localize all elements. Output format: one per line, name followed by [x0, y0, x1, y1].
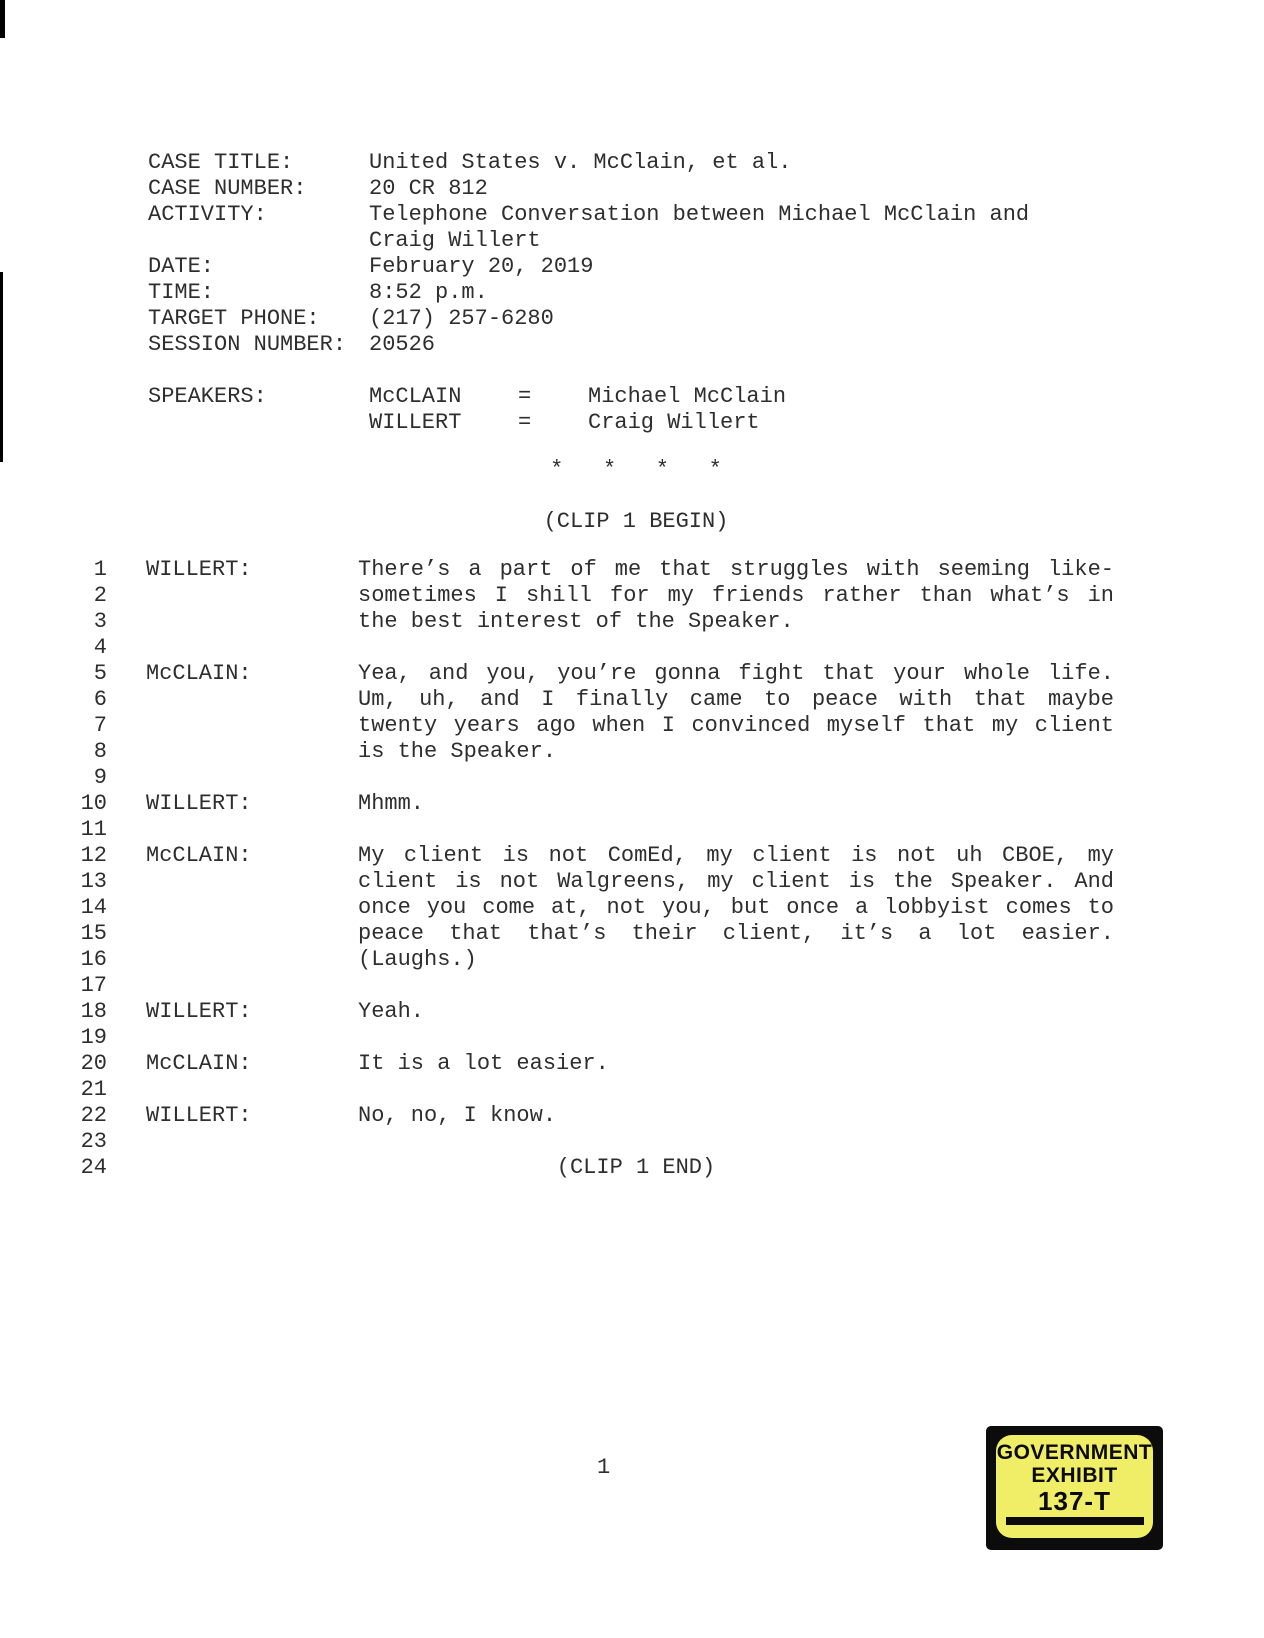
line-number: 17 — [60, 973, 107, 999]
line-number: 12 — [60, 843, 107, 869]
speaker-row: SPEAKERS:McCLAIN=Michael McClain — [148, 384, 1128, 410]
transcript-line: 16(Laughs.) — [0, 947, 1264, 973]
transcript-line: 12McCLAIN:My client is not ComEd, my cli… — [0, 843, 1264, 869]
transcript-line: 5McCLAIN:Yea, and you, you’re gonna figh… — [0, 661, 1264, 687]
transcript-line: 18WILLERT:Yeah. — [0, 999, 1264, 1025]
line-number: 8 — [60, 739, 107, 765]
transcript-line: 13client is not Walgreens, my client is … — [0, 869, 1264, 895]
line-number: 15 — [60, 921, 107, 947]
transcript-line: 11 — [0, 817, 1264, 843]
exhibit-stamp-inner: GOVERNMENT EXHIBIT 137-T — [996, 1435, 1153, 1538]
equals-sign: = — [518, 384, 531, 410]
transcript-line: 6Um, uh, and I finally came to peace wit… — [0, 687, 1264, 713]
utterance-text: There’s a part of me that struggles with… — [358, 557, 1114, 583]
scan-artifact-top-left — [0, 0, 5, 38]
transcript-line: 24(CLIP 1 END) — [0, 1155, 1264, 1181]
line-number: 22 — [60, 1103, 107, 1129]
page-number: 1 — [597, 1455, 610, 1481]
line-number: 1 — [60, 557, 107, 583]
utterance-text: It is a lot easier. — [358, 1051, 1114, 1077]
header-value: 20526 — [369, 332, 435, 358]
speaker-label: McCLAIN: — [146, 1051, 252, 1077]
header-label: SESSION NUMBER: — [148, 332, 346, 358]
clip-end-label: (CLIP 1 END) — [142, 1155, 1130, 1181]
line-number: 24 — [60, 1155, 107, 1181]
transcript-line: 2sometimes I shill for my friends rather… — [0, 583, 1264, 609]
line-number: 11 — [60, 817, 107, 843]
header-value: (217) 257-6280 — [369, 306, 554, 332]
line-number: 5 — [60, 661, 107, 687]
speaker-code: McCLAIN — [369, 384, 461, 410]
speakers-label: SPEAKERS: — [148, 384, 267, 410]
speaker-row: WILLERT=Craig Willert — [148, 410, 1128, 436]
header-value: United States v. McClain, et al. — [369, 150, 791, 176]
header-value: Telephone Conversation between Michael M… — [369, 202, 1029, 228]
header-value: 20 CR 812 — [369, 176, 488, 202]
utterance-text: is the Speaker. — [358, 739, 1114, 765]
header-row: Craig Willert — [148, 228, 1128, 254]
header-label: TARGET PHONE: — [148, 306, 320, 332]
header-label: TIME: — [148, 280, 214, 306]
transcript-line: 10WILLERT:Mhmm. — [0, 791, 1264, 817]
asterisk-separator: * * * * — [142, 457, 1130, 483]
line-number: 18 — [60, 999, 107, 1025]
header-label: CASE NUMBER: — [148, 176, 306, 202]
equals-sign: = — [518, 410, 531, 436]
speaker-label: WILLERT: — [146, 1103, 252, 1129]
speakers-block: SPEAKERS:McCLAIN=Michael McClainWILLERT=… — [148, 384, 1128, 436]
header-value: Craig Willert — [369, 228, 541, 254]
header-row: DATE:February 20, 2019 — [148, 254, 1128, 280]
transcript-line: 23 — [0, 1129, 1264, 1155]
header-value: February 20, 2019 — [369, 254, 593, 280]
utterance-text: No, no, I know. — [358, 1103, 1114, 1129]
transcript-line: 14once you come at, not you, but once a … — [0, 895, 1264, 921]
header-value: 8:52 p.m. — [369, 280, 488, 306]
utterance-text: client is not Walgreens, my client is th… — [358, 869, 1114, 895]
case-header: CASE TITLE:United States v. McClain, et … — [148, 150, 1128, 358]
line-number: 6 — [60, 687, 107, 713]
transcript-line: 9 — [0, 765, 1264, 791]
transcript-line: 17 — [0, 973, 1264, 999]
line-number: 3 — [60, 609, 107, 635]
transcript-line: 8is the Speaker. — [0, 739, 1264, 765]
transcript-line: 15peace that that’s their client, it’s a… — [0, 921, 1264, 947]
utterance-text: sometimes I shill for my friends rather … — [358, 583, 1114, 609]
line-number: 4 — [60, 635, 107, 661]
exhibit-stamp: GOVERNMENT EXHIBIT 137-T — [986, 1426, 1163, 1550]
speaker-name: Michael McClain — [588, 384, 786, 410]
transcript-page: CASE TITLE:United States v. McClain, et … — [0, 0, 1264, 1638]
line-number: 19 — [60, 1025, 107, 1051]
utterance-text: (Laughs.) — [358, 947, 1114, 973]
scan-artifact-left-edge — [0, 272, 3, 462]
transcript-line: 7twenty years ago when I convinced mysel… — [0, 713, 1264, 739]
header-label: ACTIVITY: — [148, 202, 267, 228]
transcript-line: 19 — [0, 1025, 1264, 1051]
transcript-line: 22WILLERT:No, no, I know. — [0, 1103, 1264, 1129]
header-row: CASE NUMBER:20 CR 812 — [148, 176, 1128, 202]
utterance-text: My client is not ComEd, my client is not… — [358, 843, 1114, 869]
header-label: DATE: — [148, 254, 214, 280]
line-number: 20 — [60, 1051, 107, 1077]
line-number: 9 — [60, 765, 107, 791]
transcript-line: 4 — [0, 635, 1264, 661]
transcript-line: 20McCLAIN:It is a lot easier. — [0, 1051, 1264, 1077]
transcript-line: 1WILLERT:There’s a part of me that strug… — [0, 557, 1264, 583]
utterance-text: Yeah. — [358, 999, 1114, 1025]
line-number: 13 — [60, 869, 107, 895]
header-row: TIME:8:52 p.m. — [148, 280, 1128, 306]
line-number: 16 — [60, 947, 107, 973]
header-row: ACTIVITY:Telephone Conversation between … — [148, 202, 1128, 228]
transcript-body: 1WILLERT:There’s a part of me that strug… — [0, 557, 1264, 1181]
line-number: 2 — [60, 583, 107, 609]
exhibit-stamp-title-line2: EXHIBIT — [1031, 1464, 1117, 1488]
utterance-text: twenty years ago when I convinced myself… — [358, 713, 1114, 739]
utterance-text: once you come at, not you, but once a lo… — [358, 895, 1114, 921]
exhibit-stamp-title-line1: GOVERNMENT — [997, 1441, 1153, 1464]
utterance-text: peace that that’s their client, it’s a l… — [358, 921, 1114, 947]
utterance-text: the best interest of the Speaker. — [358, 609, 1114, 635]
line-number: 23 — [60, 1129, 107, 1155]
speaker-label: McCLAIN: — [146, 843, 252, 869]
transcript-line: 21 — [0, 1077, 1264, 1103]
speaker-label: WILLERT: — [146, 791, 252, 817]
utterance-text: Mhmm. — [358, 791, 1114, 817]
transcript-line: 3the best interest of the Speaker. — [0, 609, 1264, 635]
speaker-label: WILLERT: — [146, 557, 252, 583]
header-row: CASE TITLE:United States v. McClain, et … — [148, 150, 1128, 176]
speaker-code: WILLERT — [369, 410, 461, 436]
line-number: 7 — [60, 713, 107, 739]
utterance-text: Yea, and you, you’re gonna fight that yo… — [358, 661, 1114, 687]
header-row: TARGET PHONE:(217) 257-6280 — [148, 306, 1128, 332]
utterance-text: Um, uh, and I finally came to peace with… — [358, 687, 1114, 713]
speaker-label: WILLERT: — [146, 999, 252, 1025]
line-number: 21 — [60, 1077, 107, 1103]
line-number: 14 — [60, 895, 107, 921]
speaker-label: McCLAIN: — [146, 661, 252, 687]
header-row: SESSION NUMBER:20526 — [148, 332, 1128, 358]
line-number: 10 — [60, 791, 107, 817]
exhibit-stamp-underline — [1006, 1517, 1144, 1525]
speaker-name: Craig Willert — [588, 410, 760, 436]
clip-begin-label: (CLIP 1 BEGIN) — [142, 509, 1130, 535]
exhibit-number: 137-T — [1038, 1488, 1111, 1515]
header-label: CASE TITLE: — [148, 150, 293, 176]
